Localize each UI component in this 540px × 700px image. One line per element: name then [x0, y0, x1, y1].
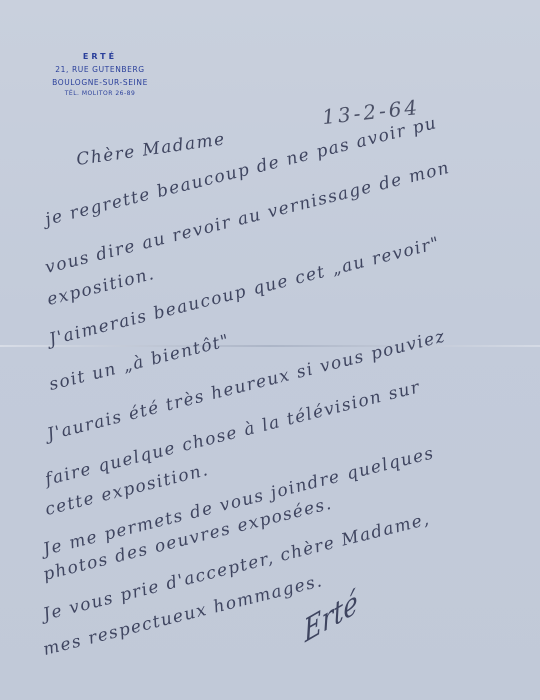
letterhead: ERTÉ 21, RUE GUTENBERG BOULOGNE-SUR-SEIN…: [30, 52, 170, 97]
salutation: Chère Madame: [75, 129, 227, 170]
letterhead-phone: TÉL. MOLITOR 26-89: [30, 90, 170, 97]
letterhead-city: BOULOGNE-SUR-SEINE: [30, 78, 170, 87]
letterhead-name: ERTÉ: [30, 52, 170, 61]
letterhead-address: 21, RUE GUTENBERG: [30, 65, 170, 74]
letter-page: ERTÉ 21, RUE GUTENBERG BOULOGNE-SUR-SEIN…: [0, 0, 540, 700]
paper-fold: [0, 345, 540, 347]
